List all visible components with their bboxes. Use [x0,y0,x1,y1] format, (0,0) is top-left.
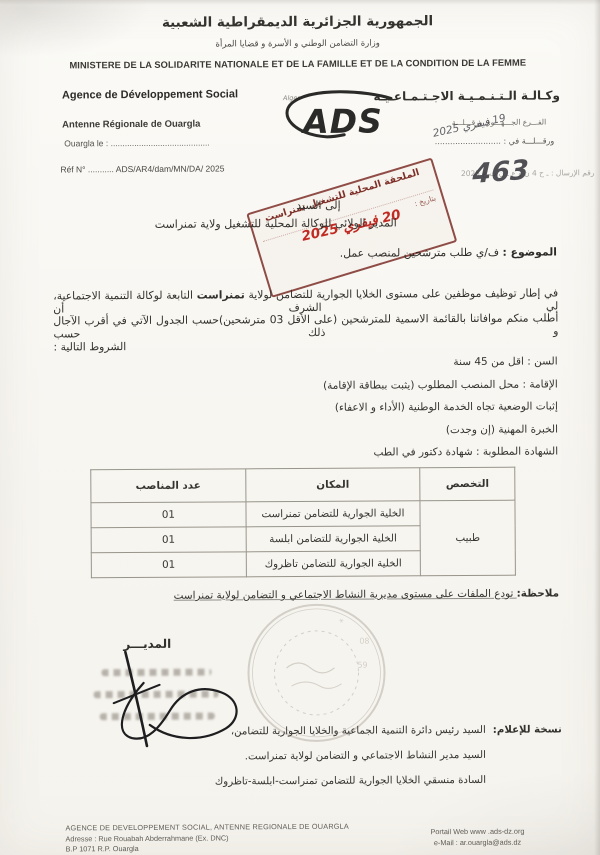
table-header-row: التخصص المكان عدد المناصب [91,467,515,503]
svg-text:*: * [336,618,345,629]
agency-name-ar: وكـالـة الـتـنـمـيـة الاجـتـمـاعـيـة [373,88,560,103]
positions-table-wrapper: التخصص المكان عدد المناصب طبيب الخلية ال… [90,467,516,579]
col-header-specialty: التخصص [420,467,515,501]
agency-name-fr: Agence de Développement Social [62,88,238,101]
footer-email-line: e-Mail : ar.ouargla@ads.dz [431,838,525,850]
cc-item: السيد مدير النشاط الاجتماعي و التضامن لو… [215,750,486,777]
condition-item: الخبرة المهنية (إن وجدت) [323,423,558,447]
svg-text:59: 59 [357,661,367,670]
table-row: طبيب الخلية الجوارية للتضامن تمنراست 01 [91,500,515,528]
body-line-3: الشروط التالية : [53,340,126,353]
scanned-letter-page: الجمهورية الجزائرية الديمقراطية الشعبية … [0,0,600,855]
condition-item: الإقامة : محل المنصب المطلوب (يثبت ببطاق… [323,378,558,402]
condition-item: السن : اقل من 45 سنة [323,355,558,379]
subject-text: ف/ي طلب مترشحين لمنصب عمل. [340,246,503,260]
antenne-name-fr: Antenne Régionale de Ouargla [62,119,200,131]
condition-item: إثبات الوضعية تجاه الخدمة الوطنية (الأدا… [323,401,558,425]
footer-agency-line: AGENCE DE DEVELOPPEMENT SOCIAL, ANTENNE … [65,822,349,834]
col-header-count: عدد المناصب [91,469,246,503]
svg-text:08: 08 [359,637,369,646]
footer-bp-line: B.P 1071 R.P. Ouargla [66,843,350,855]
count-cell: 01 [91,502,246,528]
col-header-location: المكان [245,468,420,502]
subject-line: الموضوع : ف/ي طلب مترشحين لمنصب عمل. [340,245,557,259]
footer-web-line: Portail Web www .ads-dz.org [430,827,524,839]
reference-number-line: Réf N° ........... ADS/AR4/dam/MN/DA/ 20… [60,163,224,174]
footer-address-block: AGENCE DE DEVELOPPEMENT SOCIAL, ANTENNE … [65,822,349,855]
count-cell: 01 [91,527,246,553]
count-cell: 01 [91,552,246,578]
ministry-title-ar: وزارة التضامن الوطني و الأسرة و قضايا ال… [0,37,598,51]
subject-label: الموضوع : [502,245,557,258]
location-cell: الخلية الجوارية للتضامن تمنراست [246,501,421,527]
republic-title: الجمهورية الجزائرية الديمقراطية الشعبية [0,12,598,32]
body-line-2: أطلب منكم موافاتنا بالقائمة الاسمية للمت… [53,311,558,340]
footer-contact-block: Portail Web www .ads-dz.org e-Mail : ar.… [430,827,524,849]
location-cell: الخلية الجوارية للتضامن ابلسة [246,526,421,552]
cc-item: السادة منسقي الخلايا الجوارية للتضامن تم… [215,775,486,802]
conditions-list: السن : اقل من 45 سنة الإقامة : محل المنص… [323,355,558,469]
location-cell: الخلية الجوارية للتضامن تاظروك [246,551,421,577]
addressee-title: المدير الولائي للوكالة المحلية للتشغيل و… [155,216,397,230]
note-label: ملاحظة: [517,587,559,599]
specialty-cell: طبيب [420,500,515,576]
place-date-line-fr: Ouargla le : ...........................… [64,138,210,149]
place-date-line-ar: ورقـــلـــة في : .......................… [435,136,555,146]
cc-block: نسخة للإعلام: السيد رئيس دائرة التنمية ا… [215,724,563,801]
cc-item: السيد رئيس دائرة التنمية الجماعية والخلا… [215,725,486,752]
cc-items: السيد رئيس دائرة التنمية الجماعية والخلا… [215,725,487,802]
handwritten-dispatch-number: 463 [472,155,529,190]
addressee-salutation: إلى السيد [296,199,340,212]
handwritten-date: 19 فيفري 2025 [431,112,506,140]
body-line1-bold: تمنراست [197,288,245,301]
ministry-title-fr: MINISTERE DE LA SOLIDARITE NATIONALE ET … [0,57,598,71]
cc-label: نسخة للإعلام: [493,724,563,799]
positions-table: التخصص المكان عدد المناصب طبيب الخلية ال… [90,467,516,579]
